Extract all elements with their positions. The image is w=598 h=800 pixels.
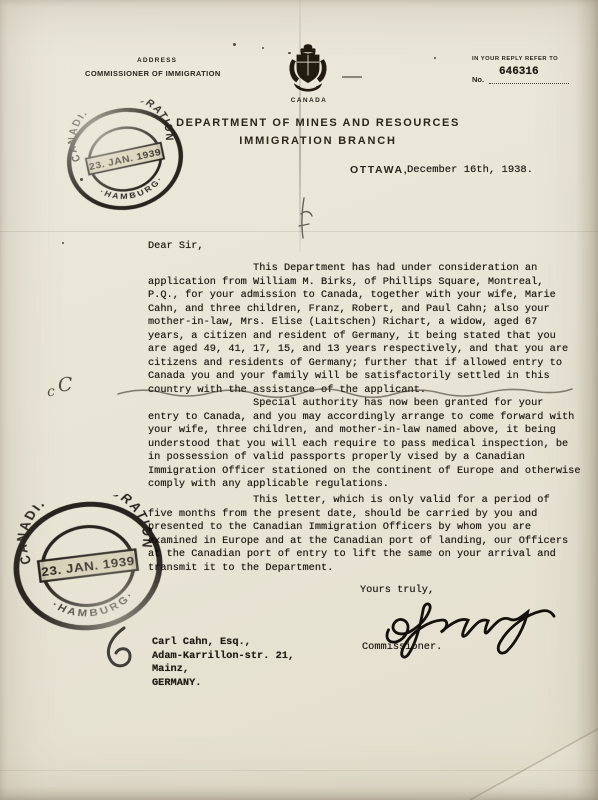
signature-scrawl (373, 571, 568, 666)
dateline-city: OTTAWA, (350, 164, 408, 176)
letter-page: ADDRESS COMMISSIONER OF IMMIGRATION IN Y… (0, 0, 598, 800)
ink-speck (434, 57, 436, 59)
wavy-underline-mark (116, 384, 580, 400)
reply-label: IN YOUR REPLY REFER TO (472, 56, 558, 62)
address-label: ADDRESS (137, 57, 177, 64)
ink-speck (62, 242, 64, 244)
page-edge-shadow (0, 786, 598, 800)
page-edge-shadow (576, 0, 598, 800)
pen-dash-mark (342, 76, 362, 78)
pen-squiggle-mark (292, 196, 318, 242)
coat-of-arms-icon (284, 44, 332, 96)
dateline-date: December 16th, 1938. (407, 164, 533, 176)
address-value: COMMISSIONER OF IMMIGRATION (85, 69, 221, 78)
paragraph-2: Special authority has now been granted f… (148, 397, 581, 492)
country-label: CANADA (285, 97, 333, 104)
margin-mark: c (46, 384, 55, 401)
recipient-address: Carl Cahn, Esq., Adam-Karrillon-str. 21,… (152, 636, 294, 690)
ink-smudge (96, 626, 146, 672)
margin-mark: C (57, 374, 73, 397)
ink-speck (233, 43, 236, 46)
ink-speck (262, 47, 264, 49)
immigration-date-stamp: CANADIAN IMMIGRATION · H A M B U R G · 2… (54, 94, 195, 223)
paragraph-3: This letter, which is only valid for a p… (148, 494, 568, 575)
reply-no-label: No. (472, 75, 484, 84)
reply-number: 646316 (499, 66, 539, 78)
salutation: Dear Sir, (148, 240, 204, 254)
immigration-date-stamp: CANADIAN IMMIGRATION · H A M B U R G · 2… (2, 490, 173, 642)
paragraph-1: This Department has had under considerat… (148, 262, 568, 397)
